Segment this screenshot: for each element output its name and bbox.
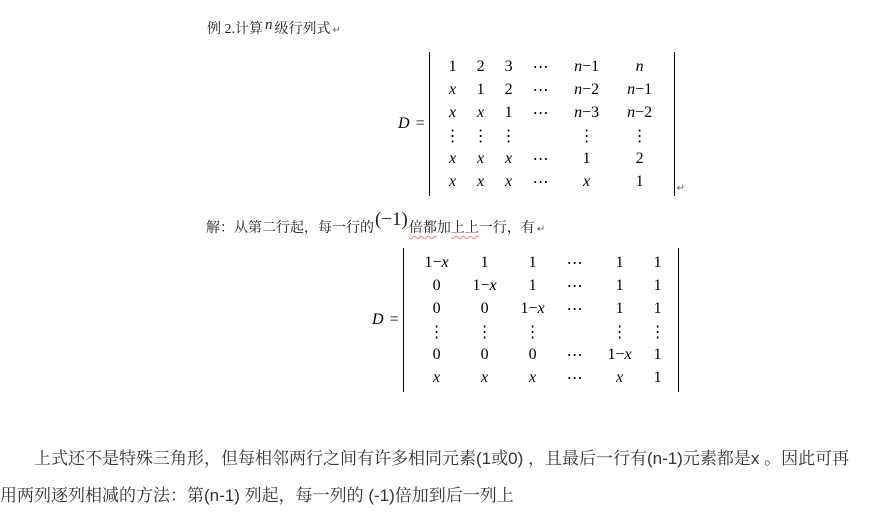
matrix-row: 1−x11⋯11: [413, 251, 669, 274]
matrix-cell: 1−x: [509, 300, 557, 318]
matrix-cell: 1: [593, 277, 647, 295]
matrix-cell: 0: [509, 346, 557, 364]
matrix-cell: ⋮: [509, 322, 557, 342]
matrix-cell: ⋮: [467, 126, 495, 146]
solution-segments: 倍都加上上一行，有: [409, 219, 535, 235]
matrix-cell: n−2: [559, 81, 615, 99]
matrix-cell: 1−x: [593, 346, 647, 364]
determinant-first-label: D =: [398, 115, 426, 133]
matrix-cell: ⋯: [557, 276, 593, 296]
solution-text: 加: [437, 219, 451, 235]
matrix-cell: ⋯: [557, 345, 593, 365]
matrix-row: xxx⋯x1: [439, 170, 665, 193]
matrix-cell: x: [467, 173, 495, 191]
matrix-cell: ⋮: [559, 126, 615, 146]
matrix-cell: ⋯: [523, 103, 559, 123]
matrix-cell: n−3: [559, 104, 615, 122]
matrix-cell: ⋮: [495, 126, 523, 146]
paragraph-mark-icon: ↵: [677, 183, 685, 194]
determinant-first: D = 123⋯n−1nx12⋯n−2n−1xx1⋯n−3n−2⋮⋮⋮⋮⋮xxx…: [398, 52, 685, 196]
matrix-cell: n−1: [559, 58, 615, 76]
matrix-cell: x: [439, 104, 467, 122]
matrix-cell: 1: [647, 300, 669, 318]
matrix-row: 123⋯n−1n: [439, 55, 665, 78]
matrix-cell: x: [495, 150, 523, 168]
matrix-cell: x: [461, 369, 509, 387]
matrix-cell: 2: [615, 150, 665, 168]
body-paragraph-line-1: 上式还不是特殊三角形，但每相邻两行之间有许多相同元素(1或0) ，且最后一行有(…: [0, 440, 891, 477]
spellcheck-underlined-text: 倍都: [409, 219, 437, 235]
matrix-row: ⋮⋮⋮⋮⋮: [439, 124, 665, 147]
matrix-cell: x: [593, 369, 647, 387]
matrix-cell: 0: [413, 346, 461, 364]
matrix-row: 000⋯1−x1: [413, 343, 669, 366]
matrix-cell: 1: [647, 254, 669, 272]
body-paragraph: 上式还不是特殊三角形，但每相邻两行之间有许多相同元素(1或0) ，且最后一行有(…: [0, 440, 891, 514]
matrix-cell: x: [439, 81, 467, 99]
solution-line: 解：从第二行起，每一行的(−1)倍都加上上一行，有↵: [206, 206, 545, 238]
matrix-row: x12⋯n−2n−1: [439, 78, 665, 101]
matrix-cell: ⋮: [461, 322, 509, 342]
matrix-cell: 1: [439, 58, 467, 76]
matrix-cell: n: [615, 58, 665, 76]
matrix-cell: ⋯: [557, 253, 593, 273]
matrix-row: 01−x1⋯11: [413, 274, 669, 297]
matrix-cell: 1−x: [461, 277, 509, 295]
paragraph-mark-icon: ↵: [333, 25, 341, 36]
matrix-cell: 2: [495, 81, 523, 99]
matrix-row: 001−x⋯11: [413, 297, 669, 320]
matrix-cell: x: [509, 369, 557, 387]
matrix-cell: ⋯: [557, 299, 593, 319]
matrix-row: xxx⋯x1: [413, 366, 669, 389]
matrix-cell: 1: [615, 173, 665, 191]
determinant-first-matrix: 123⋯n−1nx12⋯n−2n−1xx1⋯n−3n−2⋮⋮⋮⋮⋮xxx⋯12x…: [429, 52, 675, 196]
matrix-cell: 1: [593, 254, 647, 272]
matrix-cell: 2: [467, 58, 495, 76]
matrix-cell: x: [439, 173, 467, 191]
matrix-cell: 1: [593, 300, 647, 318]
matrix-cell: ⋯: [523, 57, 559, 77]
matrix-cell: 1: [647, 346, 669, 364]
matrix-cell: 1: [495, 104, 523, 122]
solution-text: 一行，有: [479, 219, 535, 235]
title-variable-n: n: [263, 17, 275, 33]
matrix-cell: x: [439, 150, 467, 168]
body-paragraph-line-2: 用两列逐列相减的方法：第(n-1) 列起，每一列的 (-1)倍加到后一列上: [0, 477, 891, 514]
matrix-cell: 0: [413, 300, 461, 318]
matrix-cell: ⋯: [523, 80, 559, 100]
matrix-cell: x: [413, 369, 461, 387]
matrix-cell: 0: [461, 346, 509, 364]
matrix-cell: 1: [467, 81, 495, 99]
matrix-cell: x: [467, 104, 495, 122]
paragraph-mark-icon: ↵: [537, 224, 545, 235]
determinant-second: D = 1−x11⋯1101−x1⋯11001−x⋯11⋮⋮⋮⋮⋮000⋯1−x…: [372, 248, 679, 392]
matrix-cell: 1−x: [413, 254, 461, 272]
matrix-cell: ⋯: [523, 172, 559, 192]
matrix-cell: ⋮: [439, 126, 467, 146]
matrix-cell: 1: [647, 369, 669, 387]
matrix-cell: 1: [647, 277, 669, 295]
matrix-cell: 1: [461, 254, 509, 272]
matrix-cell: n−2: [615, 104, 665, 122]
matrix-cell: 3: [495, 58, 523, 76]
title-prefix: 例 2.计算: [207, 22, 263, 37]
document-page: 例 2.计算n级行列式↵ D = 123⋯n−1nx12⋯n−2n−1xx1⋯n…: [0, 0, 891, 522]
matrix-row: xx1⋯n−3n−2: [439, 101, 665, 124]
matrix-row: xxx⋯12: [439, 147, 665, 170]
matrix-cell: ⋮: [593, 322, 647, 342]
matrix-cell: 0: [413, 277, 461, 295]
matrix-cell: ⋮: [615, 126, 665, 146]
matrix-cell: ⋯: [523, 149, 559, 169]
spellcheck-underlined-text: 上上: [451, 219, 479, 235]
matrix-cell: x: [467, 150, 495, 168]
solution-prefix: 解：从第二行起，每一行的: [206, 219, 374, 235]
matrix-cell: 1: [509, 277, 557, 295]
matrix-row: ⋮⋮⋮⋮⋮: [413, 320, 669, 343]
determinant-second-label: D =: [372, 311, 400, 329]
matrix-cell: ⋮: [647, 322, 669, 342]
example-title: 例 2.计算n级行列式↵: [207, 18, 341, 38]
determinant-second-matrix: 1−x11⋯1101−x1⋯11001−x⋯11⋮⋮⋮⋮⋮000⋯1−x1xxx…: [403, 248, 679, 392]
matrix-cell: 1: [509, 254, 557, 272]
matrix-cell: ⋯: [557, 368, 593, 388]
inline-math-minus-one: (−1): [374, 209, 409, 230]
title-suffix: 级行列式: [275, 22, 331, 37]
matrix-cell: x: [559, 173, 615, 191]
matrix-cell: n−1: [615, 81, 665, 99]
matrix-cell: 1: [559, 150, 615, 168]
matrix-cell: 0: [461, 300, 509, 318]
matrix-cell: x: [495, 173, 523, 191]
matrix-cell: ⋮: [413, 322, 461, 342]
